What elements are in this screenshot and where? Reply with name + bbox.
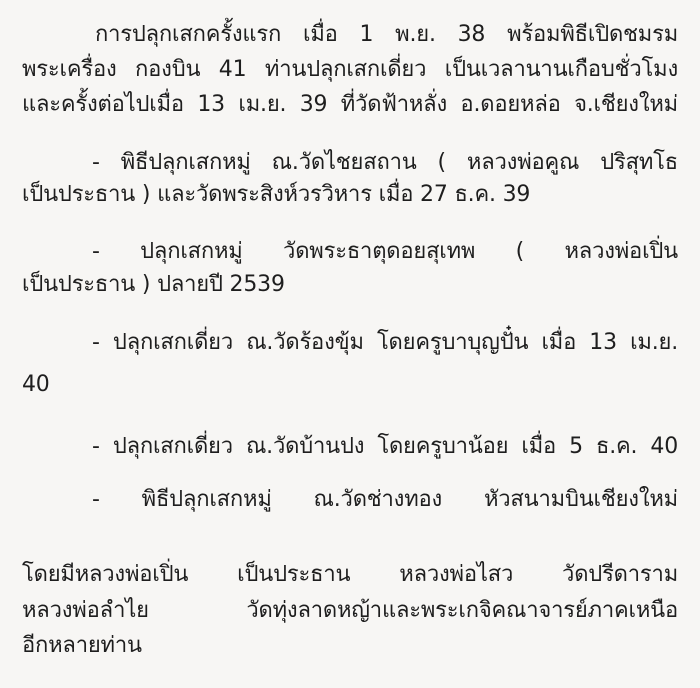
paragraph-5-line-1: - ปลุกเสกเดี่ยว ณ.วัดบ้านปง โดยครูบาน้อย… bbox=[92, 430, 678, 464]
paragraph-6-line-3: หลวงพ่อลำไย วัดทุ่งลาดหญ้าและพระเกจิคณาจ… bbox=[22, 594, 678, 628]
paragraph-1-line-1: การปลุกเสกครั้งแรก เมื่อ 1 พ.ย. 38 พร้อม… bbox=[95, 18, 678, 52]
paragraph-3-line-2: เป็นประธาน ) ปลายปี 2539 bbox=[22, 268, 678, 302]
document-page: การปลุกเสกครั้งแรก เมื่อ 1 พ.ย. 38 พร้อม… bbox=[0, 0, 700, 688]
paragraph-6-line-2: โดยมีหลวงพ่อเปิ่น เป็นประธาน หลวงพ่อไสว … bbox=[22, 558, 678, 592]
paragraph-6-line-4: อีกหลายท่าน bbox=[22, 629, 678, 663]
paragraph-3-line-1: - ปลุกเสกหมู่ วัดพระธาตุดอยสุเทพ ( หลวงพ… bbox=[92, 235, 678, 269]
paragraph-2-line-2: เป็นประธาน ) และวัดพระสิงห์วรวิหาร เมื่อ… bbox=[22, 178, 678, 212]
paragraph-2-line-1: - พิธีปลุกเสกหมู่ ณ.วัดไชยสถาน ( หลวงพ่อ… bbox=[92, 146, 678, 180]
paragraph-4-line-1: - ปลุกเสกเดี่ยว ณ.วัดร้องขุ้ม โดยครูบาบุ… bbox=[92, 326, 678, 360]
paragraph-1-line-2: พระเครื่อง กองบิน 41 ท่านปลุกเสกเดี่ยว เ… bbox=[22, 53, 678, 87]
paragraph-4-line-2: 40 bbox=[22, 368, 678, 402]
paragraph-6-line-1: - พิธีปลุกเสกหมู่ ณ.วัดช่างทอง หัวสนามบิ… bbox=[92, 483, 678, 517]
paragraph-1-line-3: และครั้งต่อไปเมื่อ 13 เม.ย. 39 ที่วัดฟ้า… bbox=[22, 88, 678, 122]
